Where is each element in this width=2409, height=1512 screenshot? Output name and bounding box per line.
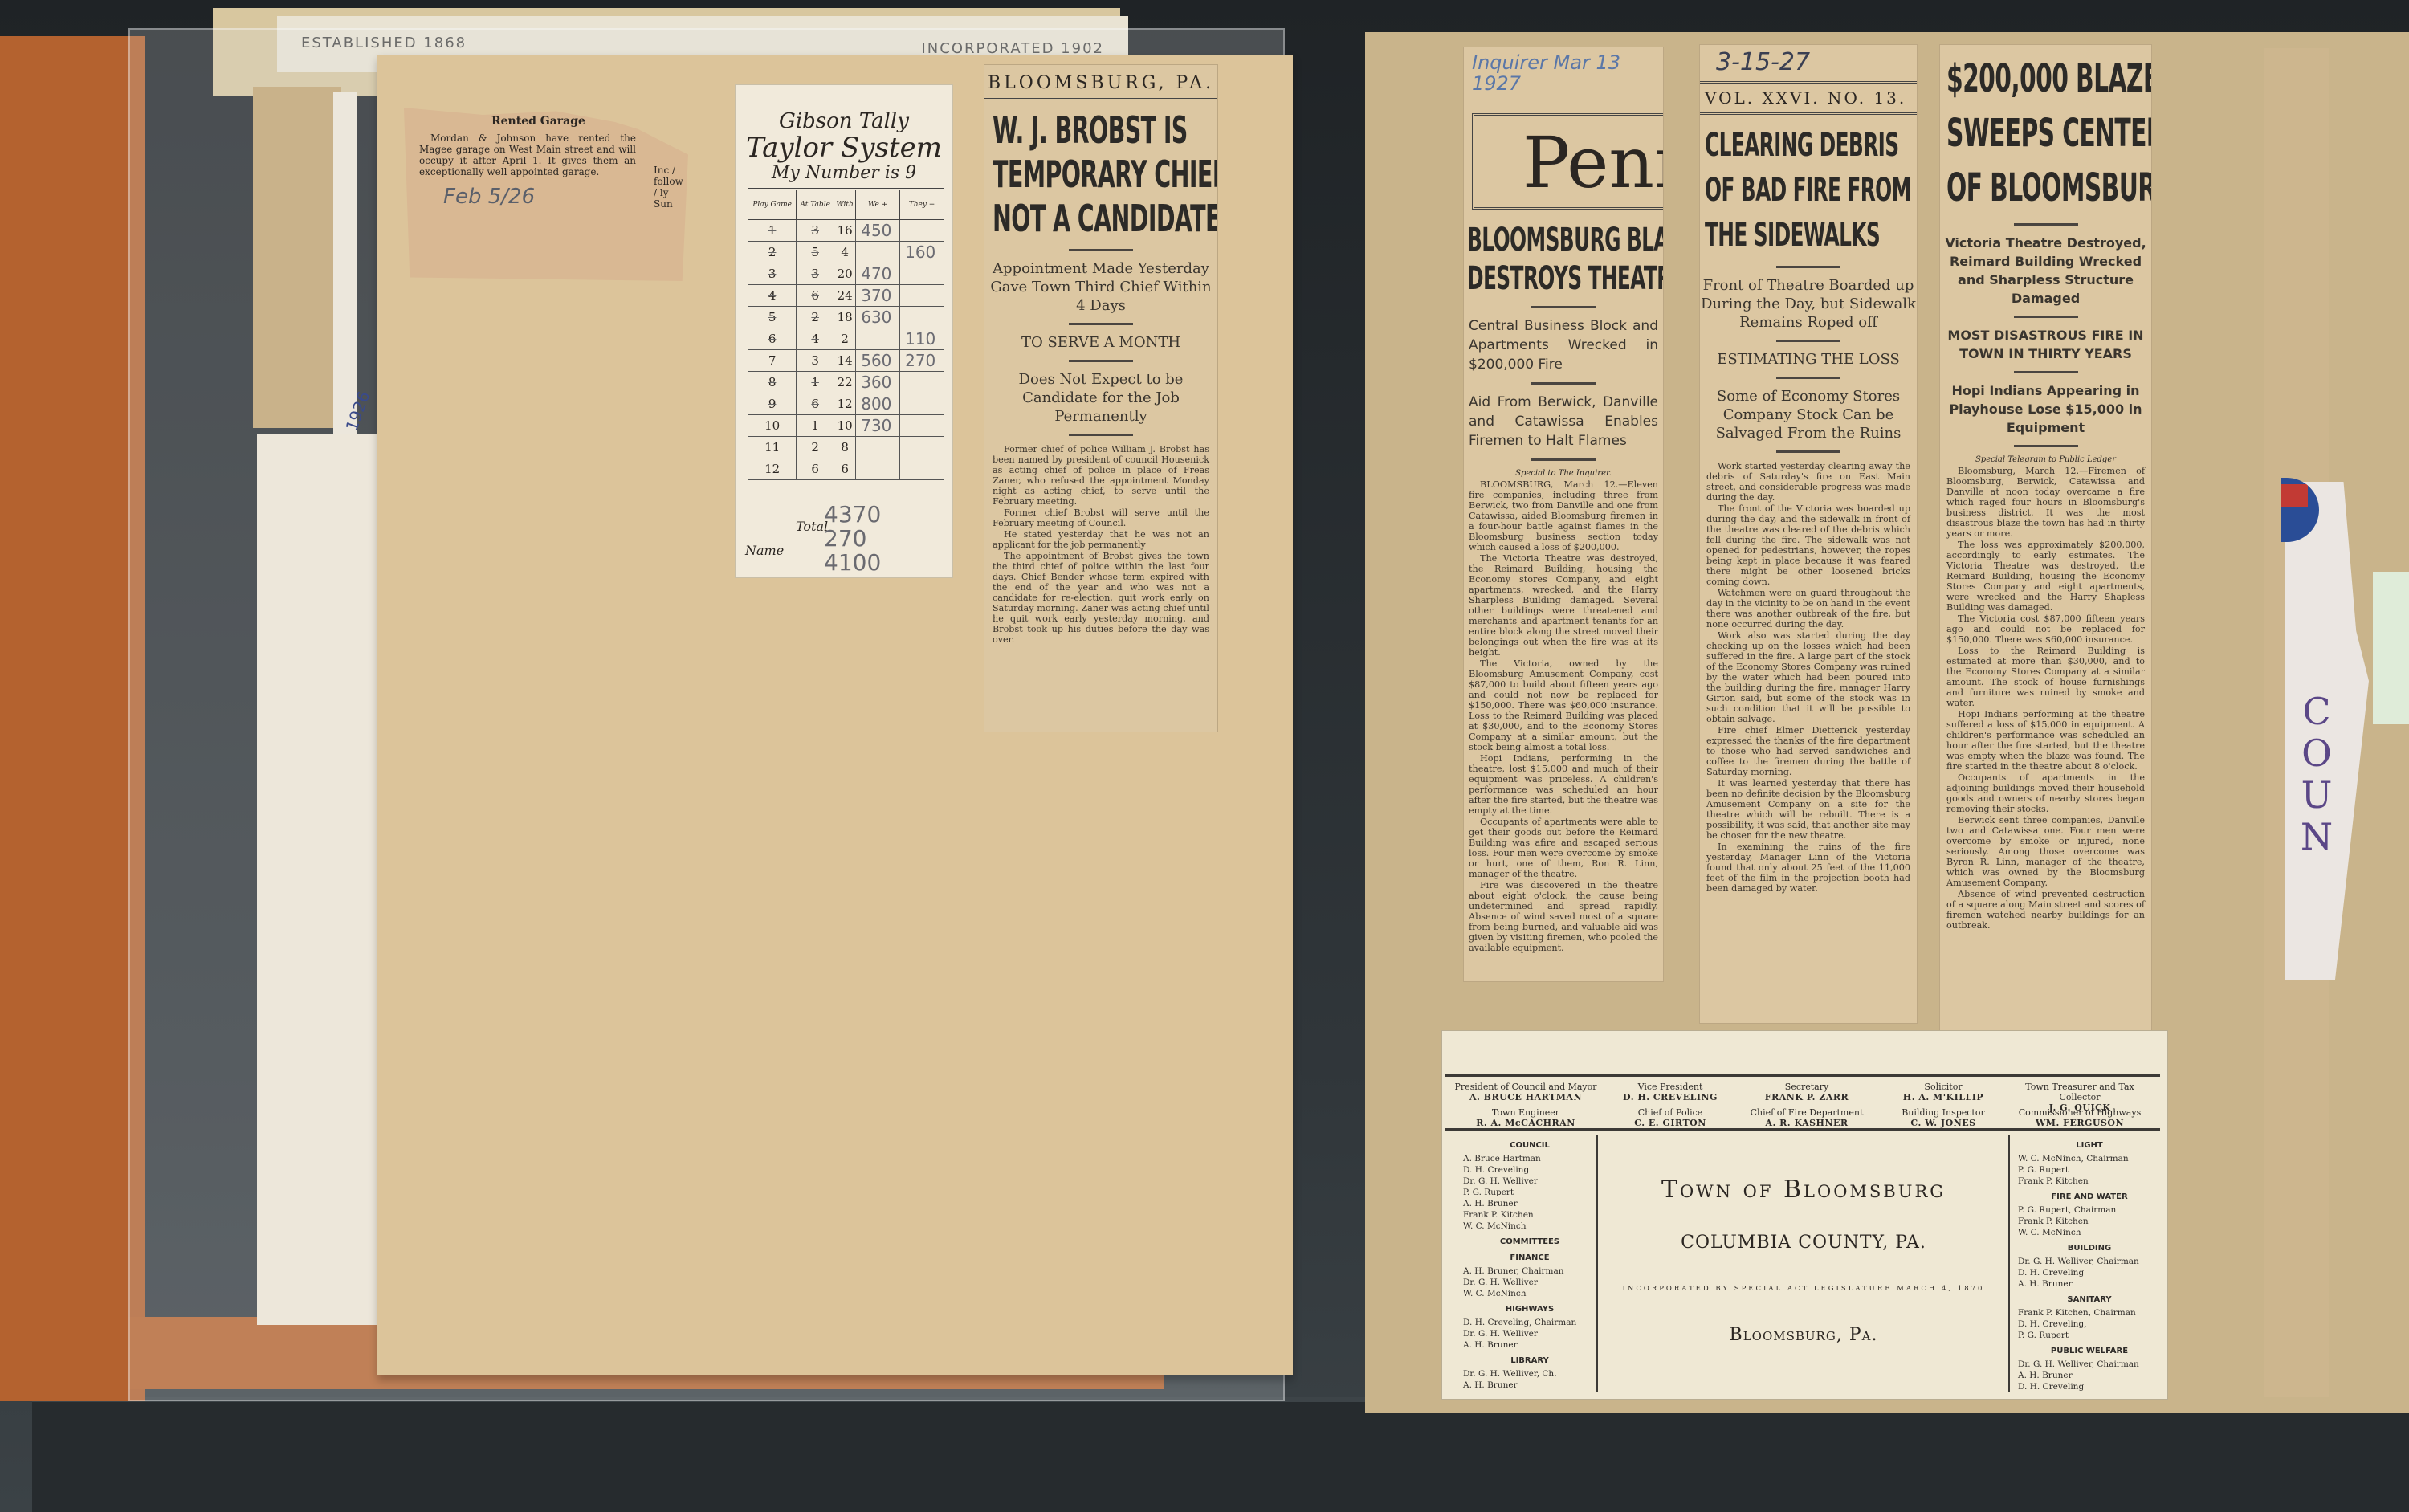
deck: Front of Theatre Boarded up During the D… bbox=[1700, 276, 1917, 332]
officer-name: D. H. CREVELING bbox=[1623, 1092, 1718, 1102]
deck: TO SERVE A MONTH bbox=[984, 333, 1217, 352]
council-member: A. Bruce Hartman bbox=[1463, 1153, 1596, 1164]
cell-with: 14 bbox=[834, 350, 856, 372]
cell-we: 800 bbox=[856, 393, 900, 415]
committee-name: FINANCE bbox=[1463, 1253, 1596, 1264]
cell-game: 6 bbox=[748, 328, 797, 350]
headline: CLEARING DEBRISOF BAD FIRE FROMTHE SIDEW… bbox=[1705, 123, 1836, 258]
committee-member: A. H. Bruner bbox=[2018, 1278, 2161, 1290]
cell-game: 9 bbox=[748, 393, 797, 415]
cell-with: 8 bbox=[834, 437, 856, 458]
paper-stub-lower bbox=[257, 434, 377, 1325]
council-member: Frank P. Kitchen bbox=[1463, 1209, 1596, 1221]
deck: MOST DISASTROUS FIRE IN TOWN IN THIRTY Y… bbox=[1940, 326, 2151, 363]
clipping-debris: 3-15-27 VOL. XXVI. NO. 13. CLEARING DEBR… bbox=[1699, 44, 1918, 1024]
cell-we: 470 bbox=[856, 263, 900, 285]
clipping-ledger: $200,000 BLAZESWEEPS CENTEROF BLOOMSBURG… bbox=[1939, 44, 2152, 1040]
cell-they: 270 bbox=[900, 350, 944, 372]
tally-card: Gibson Tally Taylor System My Number is … bbox=[735, 84, 953, 578]
committee-member: A. H. Bruner, Chairman bbox=[1463, 1265, 1596, 1277]
committee-name: LIBRARY bbox=[1463, 1355, 1596, 1367]
paragraph: Watchmen were on guard throughout the da… bbox=[1706, 588, 1910, 630]
officer-name: A. BRUCE HARTMAN bbox=[1469, 1092, 1582, 1102]
council-member: Dr. G. H. Welliver bbox=[1463, 1176, 1596, 1187]
council-member: W. C. McNinch bbox=[1463, 1221, 1596, 1232]
column-header: They − bbox=[900, 190, 944, 220]
deck: Aid From Berwick, Danville and Catawissa… bbox=[1464, 393, 1663, 450]
paragraph: Occupants of apartments in the adjoining… bbox=[1946, 772, 2145, 814]
committee-name: FIRE AND WATER bbox=[2018, 1192, 2161, 1203]
committee-name: LIGHT bbox=[2018, 1140, 2161, 1151]
headline-line: BLOOMSBURG BLAZE bbox=[1467, 221, 1588, 259]
officer: Building InspectorC. W. JONES bbox=[1871, 1107, 2016, 1128]
committee-member: P. G. Rupert, Chairman bbox=[2018, 1204, 2161, 1216]
place: Bloomsburg, Pa. bbox=[1611, 1325, 1996, 1345]
article-body: BLOOMSBURG, March 12.—Eleven fire compan… bbox=[1464, 479, 1663, 953]
officer: Vice PresidentD. H. CREVELING bbox=[1598, 1082, 1743, 1102]
clipping-title: Rented Garage bbox=[491, 115, 585, 128]
cell-with: 20 bbox=[834, 263, 856, 285]
cell-with: 6 bbox=[834, 458, 856, 480]
cell-table: 3 bbox=[797, 263, 834, 285]
headline-line: THE SIDEWALKS bbox=[1705, 213, 1836, 258]
table-row: 9612800 bbox=[748, 393, 944, 415]
name-label: Name bbox=[745, 543, 784, 558]
table-row: 642110 bbox=[748, 328, 944, 350]
cell-they: 110 bbox=[900, 328, 944, 350]
headline-line: OF BLOOMSBURG bbox=[1946, 161, 2073, 215]
cell-with: 22 bbox=[834, 372, 856, 393]
cell-table: 4 bbox=[797, 328, 834, 350]
officer-name: H. A. M'KILLIP bbox=[1903, 1092, 1983, 1102]
cell-table: 3 bbox=[797, 350, 834, 372]
paragraph: Hopi Indians performing at the theatre s… bbox=[1946, 709, 2145, 772]
cell-table: 6 bbox=[797, 393, 834, 415]
paragraph: BLOOMSBURG, March 12.—Eleven fire compan… bbox=[1469, 479, 1658, 552]
cell-with: 16 bbox=[834, 220, 856, 242]
council-member: A. H. Bruner bbox=[1463, 1198, 1596, 1209]
column-header: At Table bbox=[797, 190, 834, 220]
committee-member: W. C. McNinch bbox=[1463, 1288, 1596, 1299]
officer-title: Chief of Police bbox=[1598, 1107, 1743, 1118]
council-member: D. H. Creveling bbox=[1463, 1164, 1596, 1176]
committee-name: PUBLIC WELFARE bbox=[2018, 1346, 2161, 1357]
green-card bbox=[2373, 572, 2409, 724]
table-row: 4624370 bbox=[748, 285, 944, 307]
cell-table: 6 bbox=[797, 285, 834, 307]
ribbon-text: COUN bbox=[2293, 691, 2341, 858]
cell-game: 1 bbox=[748, 220, 797, 242]
committee-member: A. H. Bruner bbox=[1463, 1380, 1596, 1391]
officer-name: R. A. McCACHRAN bbox=[1476, 1118, 1575, 1128]
cell-they bbox=[900, 437, 944, 458]
officer: President of Council and MayorA. BRUCE H… bbox=[1453, 1082, 1598, 1102]
committee-member: W. C. McNinch bbox=[2018, 1227, 2161, 1238]
paragraph: He stated yesterday that he was not an a… bbox=[993, 529, 1209, 550]
handwritten-totals: 43702704100 bbox=[824, 503, 881, 575]
paragraph: The front of the Victoria was boarded up… bbox=[1706, 503, 1910, 587]
clipping-inquirer: Inquirer Mar 13 1927 Penn BLOOMSBURG BLA… bbox=[1463, 47, 1664, 982]
cell-game: 5 bbox=[748, 307, 797, 328]
committee-name: BUILDING bbox=[2018, 1243, 2161, 1254]
officer-name: C. W. JONES bbox=[1910, 1118, 1975, 1128]
cell-with: 10 bbox=[834, 415, 856, 437]
masthead-fragment: Penn bbox=[1472, 113, 1663, 210]
committee-member: Dr. G. H. Welliver, Chairman bbox=[2018, 1359, 2161, 1370]
deck: ESTIMATING THE LOSS bbox=[1700, 350, 1917, 369]
cell-table: 1 bbox=[797, 415, 834, 437]
cell-table: 2 bbox=[797, 307, 834, 328]
paragraph: Absence of wind prevented destruction of… bbox=[1946, 889, 2145, 931]
cell-game: 11 bbox=[748, 437, 797, 458]
deck: Does Not Expect to be Candidate for the … bbox=[984, 370, 1217, 426]
column-header: With bbox=[834, 190, 856, 220]
town-letterhead: President of Council and MayorA. BRUCE H… bbox=[1441, 1030, 2168, 1400]
officer: Commissioner of HighwaysWM. FERGUSON bbox=[2008, 1107, 2152, 1128]
cell-they bbox=[900, 285, 944, 307]
committee-member: P. G. Rupert bbox=[2018, 1164, 2161, 1176]
cell-with: 12 bbox=[834, 393, 856, 415]
officer-title: Chief of Fire Department bbox=[1734, 1107, 1879, 1118]
paragraph: It was learned yesterday that there has … bbox=[1706, 778, 1910, 841]
officer-title: Secretary bbox=[1734, 1082, 1879, 1092]
table-row: 1128 bbox=[748, 437, 944, 458]
cell-they bbox=[900, 220, 944, 242]
cell-they bbox=[900, 415, 944, 437]
headline-line: $200,000 BLAZE bbox=[1946, 51, 2073, 106]
committee-member: Dr. G. H. Welliver, Ch. bbox=[1463, 1368, 1596, 1380]
deck: Some of Economy Stores Company Stock Can… bbox=[1700, 387, 1917, 442]
headline-line: CLEARING DEBRIS bbox=[1705, 123, 1836, 168]
cell-with: 2 bbox=[834, 328, 856, 350]
cell-they bbox=[900, 263, 944, 285]
county: COLUMBIA COUNTY, PA. bbox=[1611, 1233, 1996, 1253]
cell-game: 3 bbox=[748, 263, 797, 285]
ribbon-letter: O bbox=[2293, 732, 2341, 774]
headline-line: DESTROYS THEATRE bbox=[1467, 259, 1588, 298]
officer-title: Town Engineer bbox=[1453, 1107, 1598, 1118]
handwritten-total: 4100 bbox=[824, 551, 881, 575]
paragraph: The Victoria cost $87,000 fifteen years … bbox=[1946, 613, 2145, 645]
cell-game: 12 bbox=[748, 458, 797, 480]
table-row: 7314560270 bbox=[748, 350, 944, 372]
dateline: Special Telegram to Public Ledger bbox=[1940, 455, 2151, 464]
officer-title: Building Inspector bbox=[1871, 1107, 2016, 1118]
article-body: Bloomsburg, March 12.—Firemen of Bloomsb… bbox=[1940, 466, 2151, 931]
officer-name: A. R. KASHNER bbox=[1765, 1118, 1848, 1128]
paper-stub bbox=[253, 87, 341, 428]
committee-member: Dr. G. H. Welliver bbox=[1463, 1277, 1596, 1288]
headline-line: SWEEPS CENTER bbox=[1946, 106, 2073, 161]
cell-we bbox=[856, 458, 900, 480]
committee-member: Frank P. Kitchen, Chairman bbox=[2018, 1307, 2161, 1318]
scrapbook-cover bbox=[0, 36, 145, 1401]
handwritten-date: Feb 5/26 bbox=[443, 185, 535, 209]
handwritten-note: Inquirer Mar 13 1927 bbox=[1464, 47, 1663, 99]
deck: Appointment Made Yesterday Gave Town Thi… bbox=[984, 259, 1217, 315]
officer-name: WM. FERGUSON bbox=[2036, 1118, 2124, 1128]
table-row: 8122360 bbox=[748, 372, 944, 393]
cell-we: 450 bbox=[856, 220, 900, 242]
cell-we: 370 bbox=[856, 285, 900, 307]
committees-column: LIGHTW. C. McNinch, ChairmanP. G. Rupert… bbox=[2008, 1135, 2161, 1392]
clipping-fragment: Inc / follow / ly Sun bbox=[654, 165, 688, 210]
cell-game: 4 bbox=[748, 285, 797, 307]
officer: Chief of Fire DepartmentA. R. KASHNER bbox=[1734, 1107, 1879, 1128]
table-row: 5218630 bbox=[748, 307, 944, 328]
cell-with: 18 bbox=[834, 307, 856, 328]
council-heading: COUNCIL bbox=[1463, 1140, 1596, 1151]
cell-they bbox=[900, 458, 944, 480]
tally-number: My Number is 9 bbox=[736, 163, 952, 183]
article-body: Former chief of police William J. Brobst… bbox=[984, 444, 1217, 645]
incorporated: INCORPORATED BY SPECIAL ACT LEGISLATURE … bbox=[1611, 1285, 1996, 1293]
clipping-brobst: BLOOMSBURG, PA. W. J. BROBST ISTEMPORARY… bbox=[984, 64, 1218, 732]
headline-line: NOT A CANDIDATE bbox=[993, 197, 1132, 241]
committee-member: A. H. Bruner bbox=[2018, 1370, 2161, 1381]
headline-line: W. J. BROBST IS bbox=[993, 108, 1132, 153]
paragraph: Loss to the Reimard Building is estimate… bbox=[1946, 646, 2145, 708]
committee-member: Frank P. Kitchen bbox=[2018, 1176, 2161, 1187]
officer-title: President of Council and Mayor bbox=[1453, 1082, 1598, 1092]
officer: SolicitorH. A. M'KILLIP bbox=[1871, 1082, 2016, 1102]
paragraph: The loss was approximately $200,000, acc… bbox=[1946, 540, 2145, 613]
column-header: Play Game bbox=[748, 190, 797, 220]
cell-they bbox=[900, 372, 944, 393]
officer-title: Town Treasurer and Tax Collector bbox=[2008, 1082, 2152, 1102]
committee-member: W. C. McNinch, Chairman bbox=[2018, 1153, 2161, 1164]
committee-member: A. H. Bruner bbox=[1463, 1339, 1596, 1351]
committee-member: D. H. Creveling, bbox=[2018, 1318, 2161, 1330]
headline: W. J. BROBST ISTEMPORARY CHIEF;NOT A CAN… bbox=[993, 108, 1132, 241]
officers-block: President of Council and MayorA. BRUCE H… bbox=[1445, 1074, 2160, 1131]
total-label: Total bbox=[796, 519, 828, 534]
cell-we bbox=[856, 328, 900, 350]
committee-member: D. H. Creveling, Chairman bbox=[1463, 1317, 1596, 1328]
cell-we: 360 bbox=[856, 372, 900, 393]
table-row: 10110730 bbox=[748, 415, 944, 437]
cell-table: 2 bbox=[797, 437, 834, 458]
cell-we: 560 bbox=[856, 350, 900, 372]
council-member: P. G. Rupert bbox=[1463, 1187, 1596, 1198]
ribbon-letter: C bbox=[2293, 691, 2341, 732]
cell-game: 2 bbox=[748, 242, 797, 263]
cell-we: 630 bbox=[856, 307, 900, 328]
cell-they bbox=[900, 393, 944, 415]
cell-game: 10 bbox=[748, 415, 797, 437]
committee-member: Frank P. Kitchen bbox=[2018, 1216, 2161, 1227]
cell-with: 4 bbox=[834, 242, 856, 263]
paragraph: Former chief of police William J. Brobst… bbox=[993, 444, 1209, 507]
cell-table: 6 bbox=[797, 458, 834, 480]
committee-member: Dr. G. H. Welliver bbox=[1463, 1328, 1596, 1339]
paragraph: The Victoria, owned by the Bloomsburg Am… bbox=[1469, 658, 1658, 752]
table-row: 1266 bbox=[748, 458, 944, 480]
handwritten-total: 4370 bbox=[824, 503, 881, 527]
paragraph: Occupants of apartments were able to get… bbox=[1469, 817, 1658, 879]
cell-game: 7 bbox=[748, 350, 797, 372]
paragraph: Fire chief Elmer Dietterick yesterday ex… bbox=[1706, 725, 1910, 777]
cell-we bbox=[856, 242, 900, 263]
cell-they: 160 bbox=[900, 242, 944, 263]
officer: Chief of PoliceC. E. GIRTON bbox=[1598, 1107, 1743, 1128]
volume-line: VOL. XXVI. NO. 13. bbox=[1700, 81, 1917, 115]
tally-system: Taylor System bbox=[736, 132, 952, 164]
table-row: 1316450 bbox=[748, 220, 944, 242]
paragraph: Bloomsburg, March 12.—Firemen of Bloomsb… bbox=[1946, 466, 2145, 539]
handwritten-date: 3-15-27 bbox=[1700, 45, 1917, 81]
ribbon-letter: N bbox=[2293, 816, 2341, 858]
letterhead-title-block: Town of Bloomsburg COLUMBIA COUNTY, PA. … bbox=[1611, 1176, 1996, 1345]
table-row: 3320470 bbox=[748, 263, 944, 285]
cell-we bbox=[856, 437, 900, 458]
officer-title: Vice President bbox=[1598, 1082, 1743, 1092]
officer-title: Solicitor bbox=[1871, 1082, 2016, 1092]
cell-table: 3 bbox=[797, 220, 834, 242]
masthead: BLOOMSBURG, PA. bbox=[984, 65, 1217, 100]
table-row: 254160 bbox=[748, 242, 944, 263]
committees-heading: COMMITTEES bbox=[1463, 1237, 1596, 1248]
officer: SecretaryFRANK P. ZARR bbox=[1734, 1082, 1879, 1102]
headline-line: TEMPORARY CHIEF; bbox=[993, 153, 1132, 197]
cell-we: 730 bbox=[856, 415, 900, 437]
deck: Victoria Theatre Destroyed, Reimard Buil… bbox=[1940, 234, 2151, 308]
committee-member: D. H. Creveling bbox=[2018, 1267, 2161, 1278]
deck: Central Business Block and Apartments Wr… bbox=[1464, 316, 1663, 374]
committee-name: SANITARY bbox=[2018, 1294, 2161, 1306]
officer-name: FRANK P. ZARR bbox=[1765, 1092, 1849, 1102]
column-header: We + bbox=[856, 190, 900, 220]
town-title: Town of Bloomsburg bbox=[1611, 1176, 1996, 1204]
cell-with: 24 bbox=[834, 285, 856, 307]
cell-table: 5 bbox=[797, 242, 834, 263]
paragraph: The Victoria Theatre was destroyed, the … bbox=[1469, 553, 1658, 658]
paragraph: Former chief Brobst will serve until the… bbox=[993, 507, 1209, 528]
clipping-body: Mordan & Johnson have rented the Magee g… bbox=[419, 132, 636, 177]
headline-line: OF BAD FIRE FROM bbox=[1705, 168, 1836, 213]
scanner-base bbox=[32, 1397, 2409, 1512]
paragraph: Fire was discovered in the theatre about… bbox=[1469, 880, 1658, 953]
officer: Town EngineerR. A. McCACHRAN bbox=[1453, 1107, 1598, 1128]
paragraph: In examining the ruins of the fire yeste… bbox=[1706, 842, 1910, 894]
cell-game: 8 bbox=[748, 372, 797, 393]
handwritten-total: 270 bbox=[824, 527, 881, 551]
committee-member: P. G. Rupert bbox=[2018, 1330, 2161, 1341]
article-body: Work started yesterday clearing away the… bbox=[1700, 461, 1917, 894]
paragraph: Work also was started during the day che… bbox=[1706, 630, 1910, 724]
paragraph: The appointment of Brobst gives the town… bbox=[993, 551, 1209, 645]
committee-member: Dr. G. H. Welliver, Chairman bbox=[2018, 1256, 2161, 1267]
headline: $200,000 BLAZESWEEPS CENTEROF BLOOMSBURG bbox=[1946, 51, 2073, 215]
dateline: Special to The Inquirer. bbox=[1464, 469, 1663, 478]
tally-brand: Gibson Tally bbox=[736, 109, 952, 133]
committee-member: D. H. Creveling bbox=[2018, 1381, 2161, 1392]
cell-they bbox=[900, 307, 944, 328]
headline: BLOOMSBURG BLAZEDESTROYS THEATRE bbox=[1467, 221, 1588, 298]
paper-stub-white bbox=[333, 92, 357, 434]
tally-table: Play GameAt TableWithWe +They − 13164502… bbox=[748, 188, 944, 480]
committee-name: HIGHWAYS bbox=[1463, 1304, 1596, 1315]
officer-name: C. E. GIRTON bbox=[1634, 1118, 1706, 1128]
paragraph: Berwick sent three companies, Danville t… bbox=[1946, 815, 2145, 888]
paragraph: Work started yesterday clearing away the… bbox=[1706, 461, 1910, 503]
deck: Hopi Indians Appearing in Playhouse Lose… bbox=[1940, 381, 2151, 437]
paragraph: Hopi Indians, performing in the theatre,… bbox=[1469, 753, 1658, 816]
council-column: COUNCILA. Bruce HartmanD. H. CrevelingDr… bbox=[1453, 1135, 1598, 1392]
ribbon-letter: U bbox=[2293, 774, 2341, 816]
cell-table: 1 bbox=[797, 372, 834, 393]
officer-title: Commissioner of Highways bbox=[2008, 1107, 2152, 1118]
